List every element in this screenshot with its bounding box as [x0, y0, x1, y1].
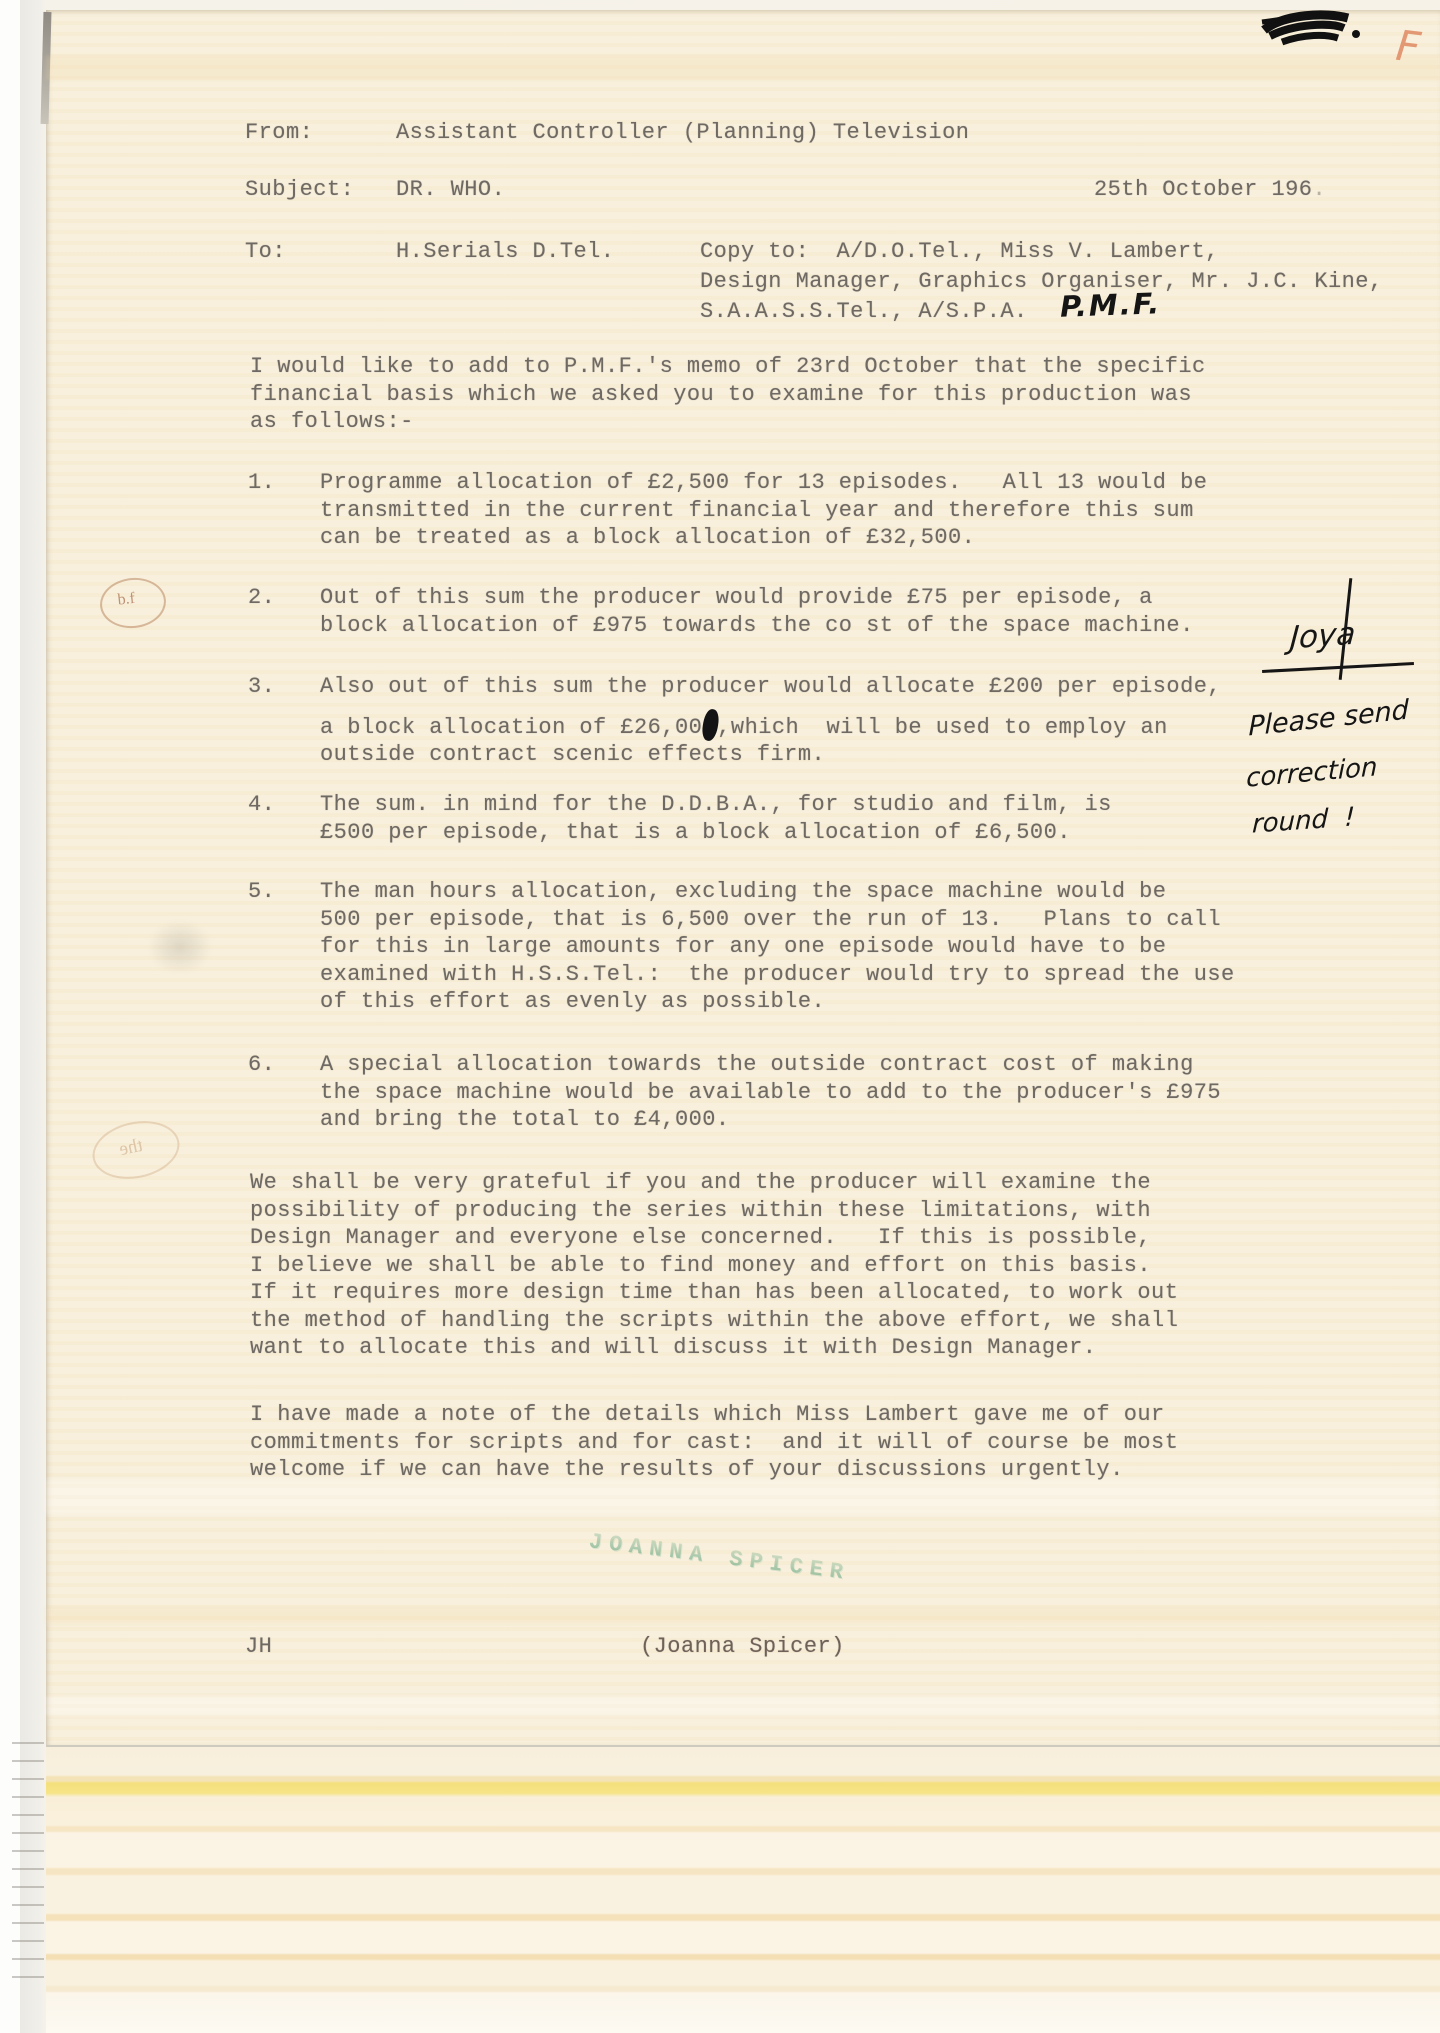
page-stack-edges	[46, 1745, 1440, 2033]
typist-initials: JH	[245, 1633, 272, 1661]
item-6-text: A special allocation towards the outside…	[320, 1051, 1221, 1134]
memo-line: examined with H.S.S.Tel.: the producer w…	[320, 961, 1235, 989]
memo-line: commitments for scripts and for cast: an…	[250, 1429, 1178, 1457]
memo-line: the method of handling the scripts withi…	[250, 1307, 1178, 1335]
memo-line-part: ,which will be used to employ an	[717, 715, 1168, 740]
scan-warm-band	[46, 1608, 1440, 1624]
subject-label: Subject:	[245, 176, 354, 204]
item-1-number: 1.	[248, 469, 275, 497]
copy-to-line-2: Design Manager, Graphics Organiser, Mr. …	[700, 268, 1383, 296]
from-value: Assistant Controller (Planning) Televisi…	[396, 119, 969, 147]
memo-line: If it requires more design time than has…	[250, 1279, 1178, 1307]
scan-light-band	[46, 1696, 1440, 1716]
item-5-number: 5.	[248, 878, 275, 906]
memo-line: welcome if we can have the results of yo…	[250, 1456, 1178, 1484]
memo-line: £500 per episode, that is a block alloca…	[320, 819, 1112, 847]
item-2-text: Out of this sum the producer would provi…	[320, 584, 1194, 639]
typed-signature-name: (Joanna Spicer)	[640, 1633, 845, 1661]
item-4-number: 4.	[248, 791, 275, 819]
item-3-number: 3.	[248, 673, 275, 701]
memo-line: 500 per episode, that is 6,500 over the …	[320, 906, 1235, 934]
memo-line: We shall be very grateful if you and the…	[250, 1169, 1178, 1197]
memo-line: Also out of this sum the producer would …	[320, 673, 1221, 701]
ink-scribble	[1260, 8, 1360, 54]
memo-line: I have made a note of the details which …	[250, 1401, 1178, 1429]
from-label: From:	[245, 119, 313, 147]
margin-signature-name: Joya	[1289, 616, 1357, 657]
pencil-smudge	[148, 920, 212, 974]
memo-line: I would like to add to P.M.F.'s memo of …	[250, 353, 1206, 381]
memo-line-part: a block allocation of £26,00	[320, 715, 702, 740]
memo-line: possibility of producing the series with…	[250, 1197, 1178, 1225]
closing-paragraph-1: We shall be very grateful if you and the…	[250, 1169, 1178, 1362]
memo-line: and bring the total to £4,000.	[320, 1106, 1221, 1134]
memo-line: for this in large amounts for any one ep…	[320, 933, 1235, 961]
subject-value: DR. WHO.	[396, 176, 505, 204]
memo-line: transmitted in the current financial yea…	[320, 497, 1207, 525]
scanner-gutter-ticks	[12, 1742, 44, 1992]
memo-line: want to allocate this and will discuss i…	[250, 1334, 1178, 1362]
memo-line: Programme allocation of £2,500 for 13 ep…	[320, 469, 1207, 497]
memo-line: of this effort as evenly as possible.	[320, 988, 1235, 1016]
date-faint-mark: .	[1312, 177, 1326, 202]
item-5-text: The man hours allocation, excluding the …	[320, 878, 1235, 1016]
item-6-number: 6.	[248, 1051, 275, 1079]
memo-line: Design Manager and everyone else concern…	[250, 1224, 1178, 1252]
scan-warm-band	[46, 56, 1440, 80]
copy-to-line-3: S.A.A.S.S.Tel., A/S.P.A.	[700, 298, 1028, 326]
memo-line: block allocation of £975 towards the co …	[320, 612, 1194, 640]
memo-line: Out of this sum the producer would provi…	[320, 584, 1194, 612]
pmf-handwritten-initials: P.M.F.	[1059, 286, 1161, 324]
to-value: H.Serials D.Tel.	[396, 238, 614, 266]
item-1-text: Programme allocation of £2,500 for 13 ep…	[320, 469, 1207, 552]
scanned-memo-document: { "doc": { "header": { "from_label": "Fr…	[0, 0, 1440, 2033]
memo-line: outside contract scenic effects firm.	[320, 741, 1221, 769]
copy-to-line-1: Copy to: A/D.O.Tel., Miss V. Lambert,	[700, 238, 1219, 266]
date-text: 25th October 196	[1094, 177, 1312, 202]
signature-underline-stroke	[1262, 662, 1414, 673]
date-line: 25th October 196.	[1094, 176, 1326, 204]
memo-line: as follows:-	[250, 408, 1206, 436]
scan-light-band	[46, 1480, 1440, 1514]
memo-line: financial basis which we asked you to ex…	[250, 381, 1206, 409]
memo-line: A special allocation towards the outside…	[320, 1051, 1221, 1079]
bleedthrough-text: the	[117, 1135, 144, 1161]
bf-stamp-text: b.f	[117, 590, 136, 610]
item-4-text: The sum. in mind for the D.D.B.A., for s…	[320, 791, 1112, 846]
memo-line: The man hours allocation, excluding the …	[320, 878, 1235, 906]
memo-line: the space machine would be available to …	[320, 1079, 1221, 1107]
memo-line: The sum. in mind for the D.D.B.A., for s…	[320, 791, 1112, 819]
to-label: To:	[245, 238, 286, 266]
intro-paragraph: I would like to add to P.M.F.'s memo of …	[250, 353, 1206, 436]
memo-line: can be treated as a block allocation of …	[320, 524, 1207, 552]
closing-paragraph-2: I have made a note of the details which …	[250, 1401, 1178, 1484]
item-2-number: 2.	[248, 584, 275, 612]
memo-line: I believe we shall be able to find money…	[250, 1252, 1178, 1280]
item-3-text: Also out of this sum the producer would …	[320, 673, 1221, 769]
memo-line-with-blot: a block allocation of £26,00,which will …	[320, 701, 1221, 742]
margin-signature-flourish: Joya	[1262, 580, 1432, 700]
